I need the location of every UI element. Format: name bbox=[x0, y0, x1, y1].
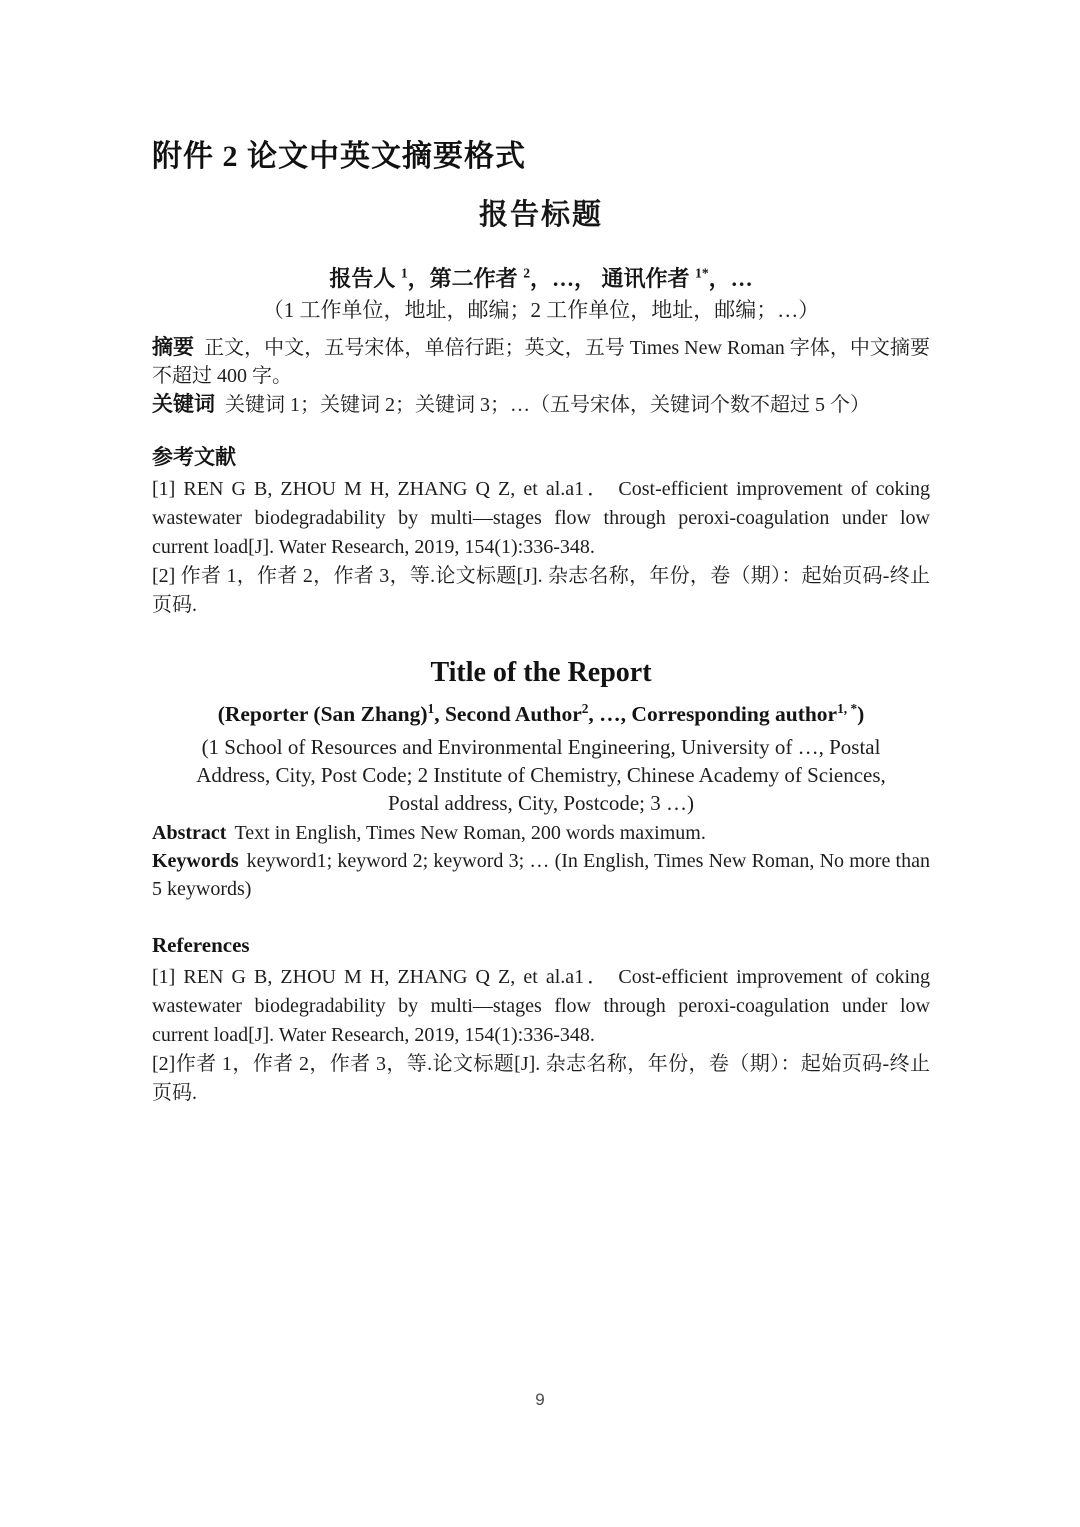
cn-reference-item-1: [1] REN G B, ZHOU M H, ZHANG Q Z, et al.… bbox=[152, 475, 930, 562]
cn-keywords: 关键词关键词 1；关键词 2；关键词 3；…（五号宋体，关键词个数不超过 5 个… bbox=[152, 390, 930, 419]
en-author-1: (Reporter (San Zhang) bbox=[218, 702, 428, 726]
cn-reference-item-2: [2] 作者 1，作者 2，作者 3，等.论文标题[J]. 杂志名称，年份，卷（… bbox=[152, 562, 930, 620]
en-affiliation-line-1: (1 School of Resources and Environmental… bbox=[152, 733, 930, 761]
en-keywords-text: keyword1; keyword 2; keyword 3; … (In En… bbox=[152, 850, 930, 900]
cn-author-corresponding: ，…， 通讯作者 bbox=[530, 266, 695, 291]
en-reference-item-1: [1] REN G B, ZHOU M H, ZHANG Q Z, et al.… bbox=[152, 963, 930, 1050]
en-author-line: (Reporter (San Zhang)1, Second Author2, … bbox=[152, 699, 930, 729]
attachment-heading: 附件 2 论文中英文摘要格式 bbox=[152, 138, 930, 176]
cn-references-heading: 参考文献 bbox=[152, 443, 930, 471]
en-author-corresponding: , …, Corresponding author bbox=[588, 702, 837, 726]
cn-author-1-superscript: 1 bbox=[401, 266, 408, 281]
en-keywords: Keywordskeyword1; keyword 2; keyword 3; … bbox=[152, 847, 930, 903]
cn-abstract-text: 正文，中文，五号宋体，单倍行距；英文，五号 Times New Roman 字体… bbox=[152, 337, 930, 387]
cn-keywords-text: 关键词 1；关键词 2；关键词 3；…（五号宋体，关键词个数不超过 5 个） bbox=[225, 394, 870, 416]
cn-author-2: ，第二作者 bbox=[408, 266, 524, 291]
cn-affiliation-line: （1 工作单位，地址，邮编；2 工作单位，地址，邮编；…） bbox=[152, 295, 930, 326]
en-abstract-text: Text in English, Times New Roman, 200 wo… bbox=[234, 822, 705, 844]
cn-abstract-label: 摘要 bbox=[152, 335, 194, 359]
en-author-close-paren: ) bbox=[857, 702, 864, 726]
en-reference-item-2: [2]作者 1，作者 2，作者 3，等.论文标题[J]. 杂志名称，年份，卷（期… bbox=[152, 1050, 930, 1108]
cn-author-line: 报告人 1，第二作者 2，…， 通讯作者 1*，… bbox=[152, 263, 930, 295]
cn-author-corresponding-superscript: 1* bbox=[695, 266, 709, 281]
english-abstract-section: Title of the Report (Reporter (San Zhang… bbox=[152, 655, 930, 1108]
en-abstract: AbstractText in English, Times New Roman… bbox=[152, 819, 930, 847]
document-page: 附件 2 论文中英文摘要格式 报告标题 报告人 1，第二作者 2，…， 通讯作者… bbox=[0, 0, 1080, 1527]
cn-author-2-superscript: 2 bbox=[523, 266, 530, 281]
chinese-abstract-section: 报告标题 报告人 1，第二作者 2，…， 通讯作者 1*，… （1 工作单位，地… bbox=[152, 196, 930, 620]
cn-keywords-label: 关键词 bbox=[152, 392, 215, 416]
en-author-2: , Second Author bbox=[434, 702, 582, 726]
en-affiliation-line-3: Postal address, City, Postcode; 3 …) bbox=[152, 789, 930, 817]
en-keywords-label: Keywords bbox=[152, 850, 239, 872]
cn-author-ellipsis: ，… bbox=[709, 266, 753, 291]
document-content: 附件 2 论文中英文摘要格式 报告标题 报告人 1，第二作者 2，…， 通讯作者… bbox=[152, 0, 930, 1108]
cn-abstract: 摘要正文，中文，五号宋体，单倍行距；英文，五号 Times New Roman … bbox=[152, 333, 930, 390]
en-report-title: Title of the Report bbox=[152, 655, 930, 691]
en-author-corresponding-superscript: 1, * bbox=[837, 701, 857, 716]
en-affiliation-line-2: Address, City, Post Code; 2 Institute of… bbox=[152, 761, 930, 789]
cn-author-1: 报告人 bbox=[329, 266, 401, 291]
cn-report-title: 报告标题 bbox=[152, 196, 930, 234]
en-references-heading: References bbox=[152, 931, 930, 959]
en-affiliation-block: (1 School of Resources and Environmental… bbox=[152, 733, 930, 817]
en-abstract-label: Abstract bbox=[152, 822, 226, 844]
page-number: 9 bbox=[0, 1390, 1080, 1410]
